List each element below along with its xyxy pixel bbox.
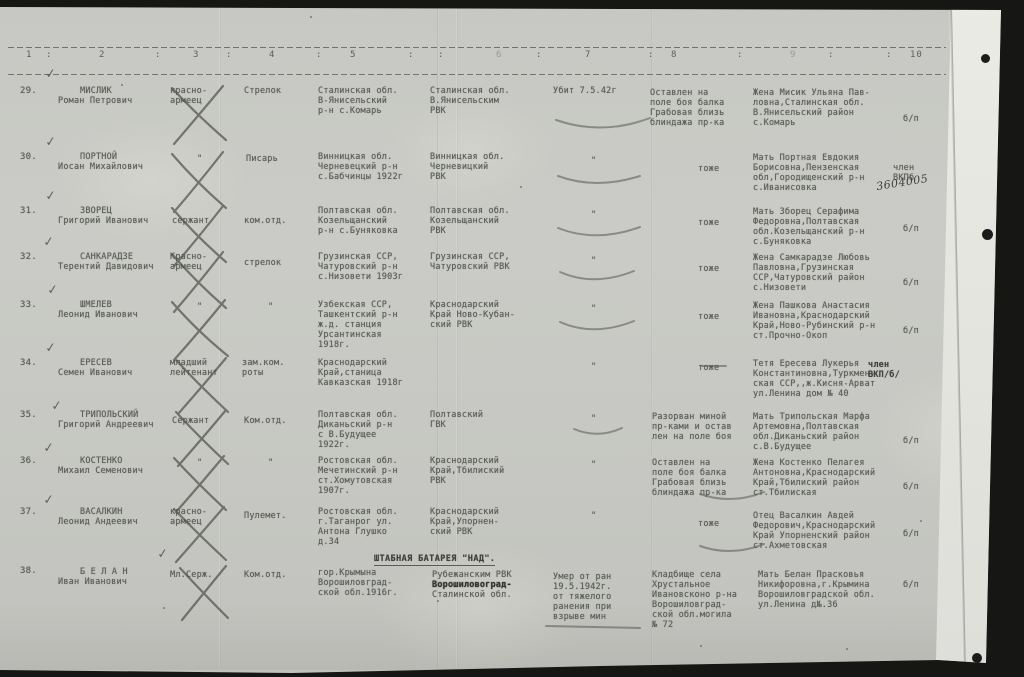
cell-name: Б Е Л А Н Иван Иванович [58, 567, 172, 587]
cell-position: Стрелок [244, 86, 320, 96]
cell-number: 29. [20, 86, 54, 96]
cell-draft-office-overstruck-line: Ворошиловоград- [432, 580, 512, 590]
table-header-rule [8, 74, 946, 75]
column-separator: : [828, 50, 834, 60]
cell-fate-ditto: " [591, 511, 683, 521]
cell-number: 33. [20, 300, 54, 310]
dust-speck [520, 186, 522, 188]
cell-fate-ditto: " [591, 304, 683, 314]
cell-number: 30. [20, 152, 54, 162]
dust-speck [163, 607, 165, 609]
cell-burial: Разорван миной пр-ками и остав лен на по… [652, 412, 752, 442]
pencil-arc [574, 428, 622, 434]
cell-relatives: Жена Самкарадзе Любовь Павловна,Грузинск… [753, 253, 895, 293]
checkmark-annotation: ✓ [43, 232, 54, 251]
dust-speck [437, 600, 439, 602]
cell-relatives: Отец Васалкин Авдей Федорович,Краснодарс… [753, 511, 895, 551]
column-number: 2 [99, 50, 105, 60]
cell-draft-office: Полтавская обл. Козельщанский РВК [430, 206, 538, 236]
cell-position: Ком.отд. [244, 416, 320, 426]
cell-draft-office: Сталинская обл. В.Янисельским РВК [430, 86, 538, 116]
cell-name: ТРИПОЛЬСКИЙ Григорий Андреевич [58, 410, 172, 430]
column-number: 7 [585, 50, 591, 60]
cell-number: 31. [20, 206, 54, 216]
cell-birthplace: гор.Крымына Ворошиловград- ской обл.1916… [318, 568, 428, 598]
checkmark-annotation: ✓ [47, 280, 58, 299]
cell-number: 34. [20, 358, 54, 368]
column-number: 9 [790, 50, 796, 60]
column-separator: : [737, 50, 743, 60]
cell-fate: Умер от ран 19.5.1942г. от тяжелого ране… [553, 572, 645, 622]
cell-number: 35. [20, 410, 54, 420]
cell-relatives: Мать Трипольская Марфа Артемовна,Полтавс… [753, 412, 895, 452]
dust-speck [310, 16, 312, 18]
column-number: 3 [193, 50, 199, 60]
cell-fate-ditto: " [591, 256, 683, 266]
cell-name: ВАСАЛКИН Леонид Андеевич [58, 507, 172, 527]
column-separator: : [226, 50, 232, 60]
cell-fate-ditto: " [591, 210, 683, 220]
cell-position: Пулемет. [244, 511, 320, 521]
cell-rank: красно- армеец [170, 86, 236, 106]
column-separator: : [155, 50, 161, 60]
cell-rank-ditto: " [197, 458, 263, 468]
dust-speck [700, 645, 702, 647]
cell-birthplace: Краснодарский Край,станица Кавказская 19… [318, 358, 428, 388]
cell-birthplace: Грузинская ССР, Чатуровский р-н с.Низове… [318, 252, 428, 282]
cell-rank: Мл.Серж. [170, 570, 236, 580]
cell-position: Писарь [246, 154, 322, 164]
cell-number: 38. [20, 566, 54, 576]
cell-fate: Убит 7.5.42г [553, 86, 645, 96]
cell-rank: Красно- армеец [170, 252, 236, 272]
battery-section-header: ШТАБНАЯ БАТАРЕЯ "НАД". [374, 554, 495, 566]
column-number: 4 [269, 50, 275, 60]
column-separator: : [536, 50, 542, 60]
cell-birthplace: Винницкая обл. Черневецкий р-н с.Бабчинц… [318, 152, 428, 182]
cell-fate-ditto: " [591, 156, 683, 166]
cell-rank: сержант [172, 216, 238, 226]
fold-crease [219, 7, 221, 667]
cell-rank: младший лейтенант [170, 358, 236, 378]
cell-birthplace: Полтавская обл. Козельщанский р-н с.Буня… [318, 206, 428, 236]
pencil-arc [560, 321, 634, 329]
cell-name: ПОРТНОЙ Иосан Михайлович [58, 152, 172, 172]
column-separator: : [438, 50, 444, 60]
cell-name: ЕРЕСЕВ Семен Иванович [58, 358, 172, 378]
cell-fate-ditto: " [591, 362, 683, 372]
cell-position: ком.отд. [244, 216, 320, 226]
cell-birthplace: Узбекская ССР, Ташкентский р-н ж.д. стан… [318, 300, 428, 350]
scanned-document-photo: 1 : 2 : 3 : 4 : 5 : : 6 : 7 : 8 : 9 : : … [0, 0, 1024, 677]
pencil-arc [556, 118, 650, 128]
column-number: 1 [26, 50, 32, 60]
checkmark-annotation: ✓ [45, 338, 56, 357]
cell-position: Ком.отд. [244, 570, 320, 580]
cell-draft-office: Краснодарский Край Ново-Кубан- ский РВК [430, 300, 538, 330]
cell-party: член ВКП/б/ [868, 360, 920, 380]
punch-hole [981, 54, 990, 63]
cell-relatives: Жена Костенко Пелагея Антоновна,Краснода… [753, 458, 895, 498]
cell-draft-office: Грузинская ССР, Чатуровский РВК [430, 252, 538, 272]
checkmark-annotation: ✓ [45, 132, 56, 151]
cell-draft-office: Краснодарский Край,Упорнен- ский РВК [430, 507, 538, 537]
paper-shading [0, 600, 1024, 670]
cell-rank: красно- армеец [170, 507, 236, 527]
cell-birthplace: Полтавская обл. Диканьский р-н с В.Будущ… [318, 410, 428, 450]
cell-name: ШМЕЛЕВ Леонид Иванович [58, 300, 172, 320]
cell-relatives: Жена Мисик Ульяна Пав- ловна,Сталинская … [753, 88, 895, 128]
column-number: 8 [671, 50, 677, 60]
cell-number: 32. [20, 252, 54, 262]
column-separator: : [46, 50, 52, 60]
cell-name: МИСЛИК Роман Петрович [58, 86, 172, 106]
dust-speck [121, 84, 123, 86]
column-number: 6 [496, 50, 502, 60]
cell-birthplace: Ростовская обл. Мечетинский р-н ст.Хомут… [318, 456, 428, 496]
cell-birthplace: Сталинская обл. В-Янисельский р-н с.Кома… [318, 86, 428, 116]
cell-relatives: Мать Портная Евдокия Борисовна,Пензенска… [753, 153, 895, 193]
cell-position: стрелок [244, 258, 320, 268]
column-separator: : [316, 50, 322, 60]
cell-burial: Оставлен на поле боя балка Грабовая близ… [650, 88, 750, 128]
pencil-arc [558, 227, 640, 235]
column-separator: : [886, 50, 892, 60]
checkmark-annotation: ✓ [45, 64, 56, 83]
table-top-rule [8, 47, 946, 48]
dust-speck [920, 520, 922, 522]
cell-draft-office: Полтавский ГВК [430, 410, 538, 430]
checkmark-annotation: ✓ [43, 438, 54, 457]
cell-relatives: Мать Белан Прасковья Никифоровна,г.Крыми… [758, 570, 900, 610]
cell-position: зам.ком. роты [242, 358, 318, 378]
checkmark-annotation: ✓ [157, 544, 168, 563]
dust-speck [846, 648, 848, 650]
pencil-arc [558, 176, 640, 183]
punch-hole [982, 229, 993, 240]
column-separator: : [408, 50, 414, 60]
column-number: 10 [910, 50, 923, 60]
cell-relatives: Мать Зборец Серафима Федоровна,Полтавска… [753, 207, 895, 247]
cell-number: 36. [20, 456, 54, 466]
cell-rank-ditto: " [197, 302, 263, 312]
cell-name: КОСТЕНКО Михаил Семенович [58, 456, 172, 476]
cell-draft-office: Винницкая обл. Черневицкий РВК [430, 152, 538, 182]
column-separator: : [648, 50, 654, 60]
cell-party: б/п [903, 114, 955, 124]
cell-draft-office: Краснодарский Край,Тбилиский РВК [430, 456, 538, 486]
document-page: 1 : 2 : 3 : 4 : 5 : : 6 : 7 : 8 : 9 : : … [0, 0, 1024, 677]
cell-birthplace: Ростовская обл. г.Таганрог ул. Антона Гл… [318, 507, 428, 547]
cell-burial: Оставлен на поле боя балка Грабовая близ… [652, 458, 752, 498]
checkmark-annotation: ✓ [43, 490, 54, 509]
cell-relatives: Жена Пашкова Анастасия Ивановна,Краснода… [753, 301, 895, 341]
checkmark-annotation: ✓ [45, 186, 56, 205]
column-number: 5 [350, 50, 356, 60]
cell-burial: Кладбище села Хрустальное Ивановсконо р-… [652, 570, 752, 630]
cell-number: 37. [20, 507, 54, 517]
punch-hole [972, 653, 982, 663]
cell-name: САНКАРАДЗЕ Терентий Давидович [58, 252, 172, 272]
checkmark-annotation: ✓ [51, 396, 62, 415]
cell-name: ЗВОРЕЦ Григорий Иванович [58, 206, 172, 226]
cell-rank: Сержант [172, 416, 238, 426]
pencil-arc [560, 271, 634, 279]
